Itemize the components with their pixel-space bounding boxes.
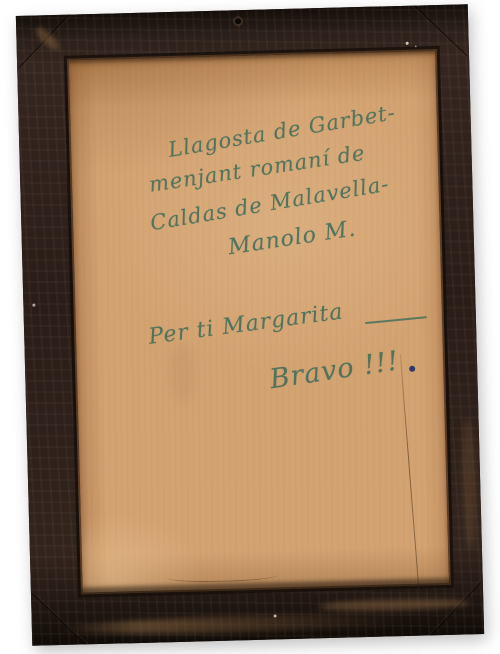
dedication-dash-stroke — [365, 316, 427, 324]
frame-miter-seam-bottom-left — [31, 592, 88, 645]
backing-board: Llagosta de Garbet- menjant romaní de Ca… — [69, 51, 449, 592]
artist-signature: Manolo M. — [227, 216, 358, 260]
paint-speck — [274, 614, 277, 617]
paint-speck — [32, 304, 35, 307]
paint-speck — [406, 42, 409, 45]
ink-dot — [409, 366, 415, 372]
smudge-mark — [168, 343, 196, 404]
paint-speck — [415, 46, 417, 48]
dedication-line: Per ti Margarita — [147, 299, 345, 349]
bravo-line: Bravo !!! — [268, 345, 402, 395]
photo-of-framed-artwork-back: Llagosta de Garbet- menjant romaní de Ca… — [0, 0, 500, 654]
scratch-mark — [166, 569, 278, 583]
picture-frame: Llagosta de Garbet- menjant romaní de Ca… — [16, 4, 484, 646]
frame-miter-seam-top-left — [16, 15, 73, 68]
crack-line — [400, 354, 420, 589]
frame-miter-seam-bottom-right — [427, 582, 484, 635]
